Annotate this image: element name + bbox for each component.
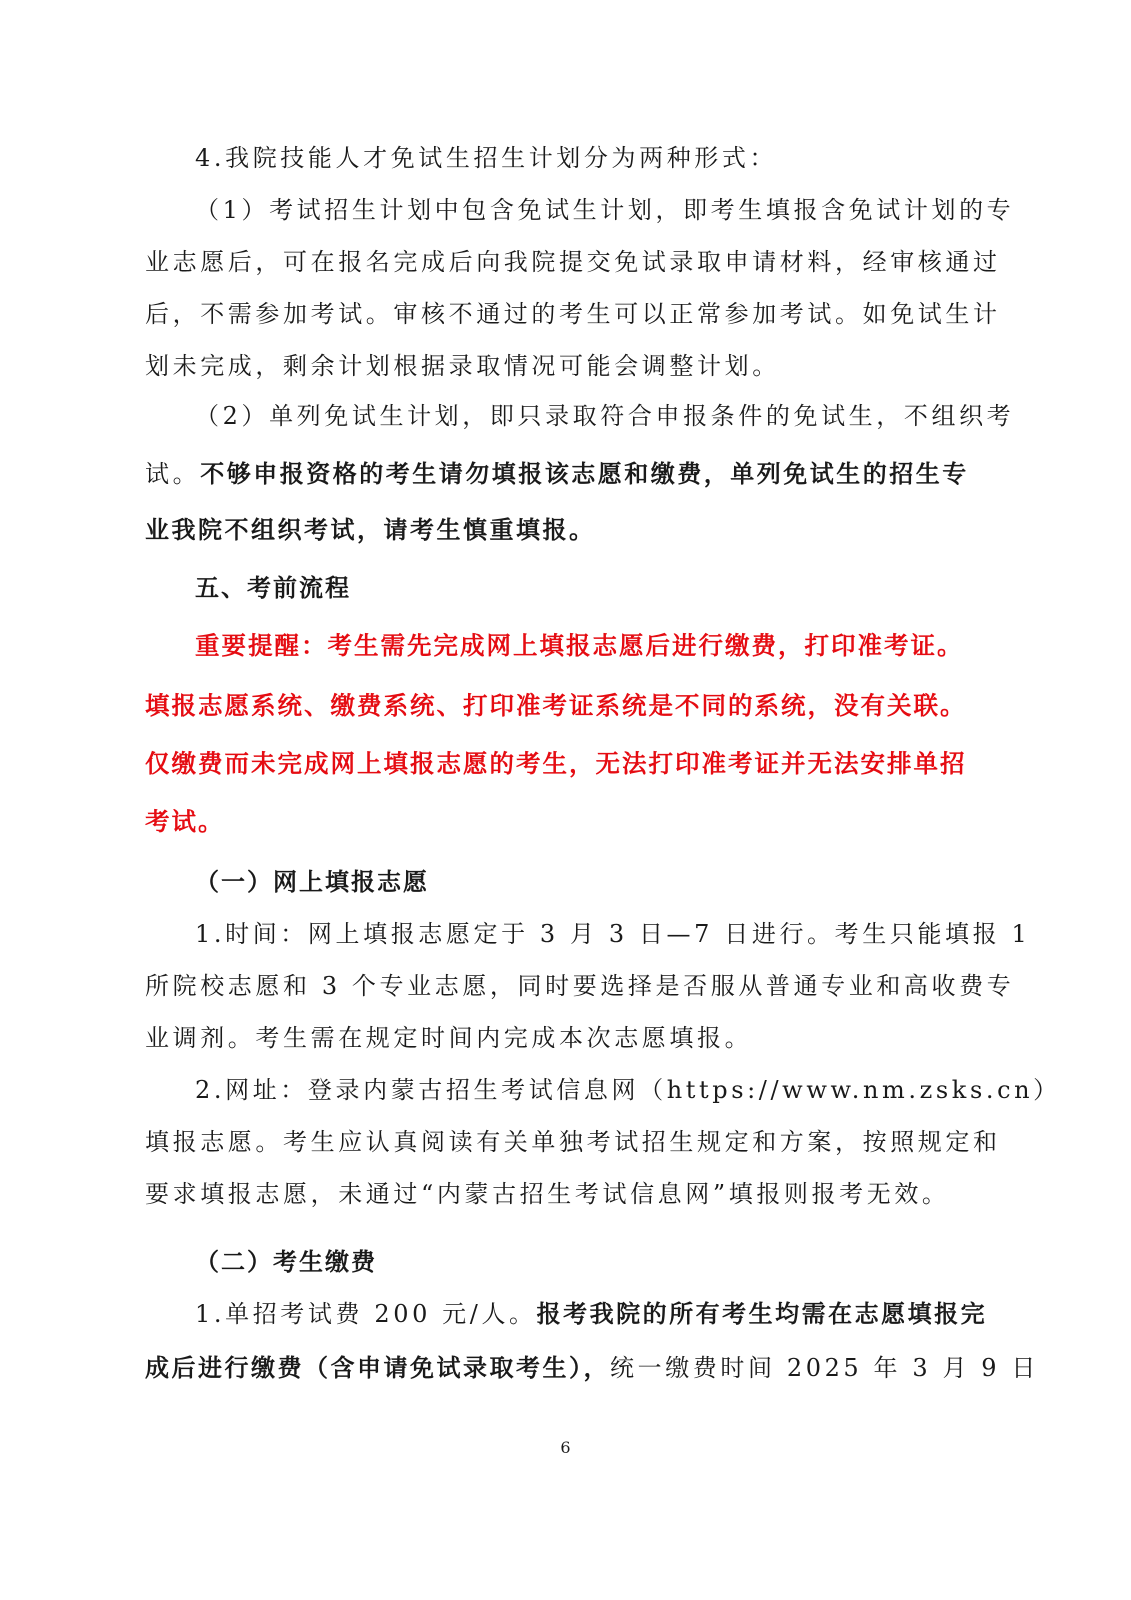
sub2-item1-line: 1.单招考试费 200 元/人。报考我院的所有考生均需在志愿填报完 <box>195 1298 1025 1330</box>
subsection-1-heading: （一）网上填报志愿 <box>195 866 1025 898</box>
important-reminder-line: 仅缴费而未完成网上填报志愿的考生，无法打印准考证并无法安排单招 <box>145 748 975 780</box>
sub1-item1-line: 1.时间：网上填报志愿定于 3 月 3 日—7 日进行。考生只能填报 1 <box>195 918 1025 950</box>
page-number: 6 <box>0 1438 1131 1457</box>
sub1-item1-line: 业调剂。考生需在规定时间内完成本次志愿填报。 <box>145 1022 975 1054</box>
section-5-heading: 五、考前流程 <box>195 572 1025 604</box>
sub2-item1-bold-text: 报考我院的所有考生均需在志愿填报完 <box>537 1300 988 1328</box>
sub1-item2-line: 2.网址：登录内蒙古招生考试信息网（https://www.nm.zsks.cn… <box>195 1074 1025 1106</box>
paragraph-4-1-line: 后，不需参加考试。审核不通过的考生可以正常参加考试。如免试生计 <box>145 298 975 330</box>
document-page: 4.我院技能人才免试生招生计划分为两种形式： （1）考试招生计划中包含免试生计划… <box>0 0 1131 1600</box>
important-reminder-line: 重要提醒：考生需先完成网上填报志愿后进行缴费，打印准考证。 <box>195 630 1025 662</box>
sub2-item1-bold-text: 成后进行缴费（含申请免试录取考生）， <box>145 1354 610 1382</box>
paragraph-4-1-line: 业志愿后，可在报名完成后向我院提交免试录取申请材料，经审核通过 <box>145 246 975 278</box>
paragraph-4-2-line: （2）单列免试生计划，即只录取符合申报条件的免试生，不组织考 <box>195 400 1025 432</box>
paragraph-4-2-bold-line: 业我院不组织考试，请考生慎重填报。 <box>145 514 975 546</box>
paragraph-4-title: 4.我院技能人才免试生招生计划分为两种形式： <box>195 142 1025 174</box>
sub2-item1-normal-text: 统一缴费时间 2025 年 3 月 9 日 <box>610 1354 1039 1382</box>
sub1-item1-line: 所院校志愿和 3 个专业志愿，同时要选择是否服从普通专业和高收费专 <box>145 970 975 1002</box>
important-reminder-line: 填报志愿系统、缴费系统、打印准考证系统是不同的系统，没有关联。 <box>145 690 975 722</box>
paragraph-4-1-line: 划未完成，剩余计划根据录取情况可能会调整计划。 <box>145 350 975 382</box>
paragraph-4-2-bold-text: 不够申报资格的考生请勿填报该志愿和缴费，单列免试生的招生专 <box>200 460 969 488</box>
paragraph-4-2-line: 试。不够申报资格的考生请勿填报该志愿和缴费，单列免试生的招生专 <box>145 458 975 490</box>
sub1-item2-line: 要求填报志愿，未通过“内蒙古招生考试信息网”填报则报考无效。 <box>145 1178 975 1210</box>
paragraph-4-1-line: （1）考试招生计划中包含免试生计划，即考生填报含免试计划的专 <box>195 194 1025 226</box>
sub2-item1-normal-text: 1.单招考试费 200 元/人。 <box>195 1300 537 1328</box>
paragraph-4-2-normal-text: 试。 <box>145 460 200 488</box>
subsection-2-heading: （二）考生缴费 <box>195 1246 1025 1278</box>
sub1-item2-line: 填报志愿。考生应认真阅读有关单独考试招生规定和方案，按照规定和 <box>145 1126 975 1158</box>
important-reminder-line: 考试。 <box>145 806 975 838</box>
sub2-item1-line: 成后进行缴费（含申请免试录取考生），统一缴费时间 2025 年 3 月 9 日 <box>145 1352 975 1384</box>
